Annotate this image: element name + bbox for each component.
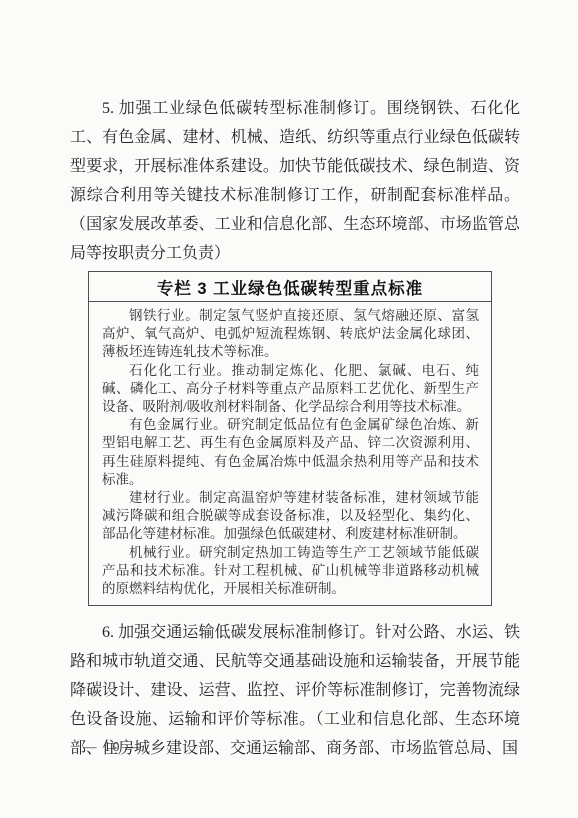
box-item-steel-industry: 钢铁行业。制定氢气竖炉直接还原、氢气熔融还原、富氢高炉、氧气高炉、电弧炉短流程炼… (102, 307, 479, 362)
box-item-nonferrous-metal-industry: 有色金属行业。研究制定低品位有色金属矿绿色冶炼、新型铝电解工艺、再生有色金属原料… (102, 416, 479, 489)
document-page: 5. 加强工业绿色低碳转型标准制修订。围绕钢铁、石化化工、有色金属、建材、机械、… (0, 0, 578, 818)
box-item-building-materials-industry: 建材行业。制定高温窑炉等建材装备标准，建材领域节能减污降碳和组合脱碳等成套设备标… (102, 489, 479, 544)
box-item-machinery-industry: 机械行业。研究制定热加工铸造等生产工艺领域节能低碳产品和技术标准。针对工程机械、… (102, 544, 479, 599)
column-box-title: 专栏 3 工业绿色低碳转型重点标准 (89, 272, 491, 302)
page-number: — 10 — (83, 739, 142, 755)
box-item-petrochemical-industry: 石化化工行业。推动制定炼化、化肥、氯碱、电石、纯碱、磷化工、高分子材料等重点产品… (102, 362, 479, 417)
column-box-body: 钢铁行业。制定氢气竖炉直接还原、氢气熔融还原、富氢高炉、氧气高炉、电弧炉短流程炼… (89, 302, 491, 605)
paragraph-5: 5. 加强工业绿色低碳转型标准制修订。围绕钢铁、石化化工、有色金属、建材、机械、… (70, 94, 520, 268)
column-box-3: 专栏 3 工业绿色低碳转型重点标准 钢铁行业。制定氢气竖炉直接还原、氢气熔融还原… (88, 271, 492, 606)
page-content: 5. 加强工业绿色低碳转型标准制修订。围绕钢铁、石化化工、有色金属、建材、机械、… (70, 94, 520, 763)
